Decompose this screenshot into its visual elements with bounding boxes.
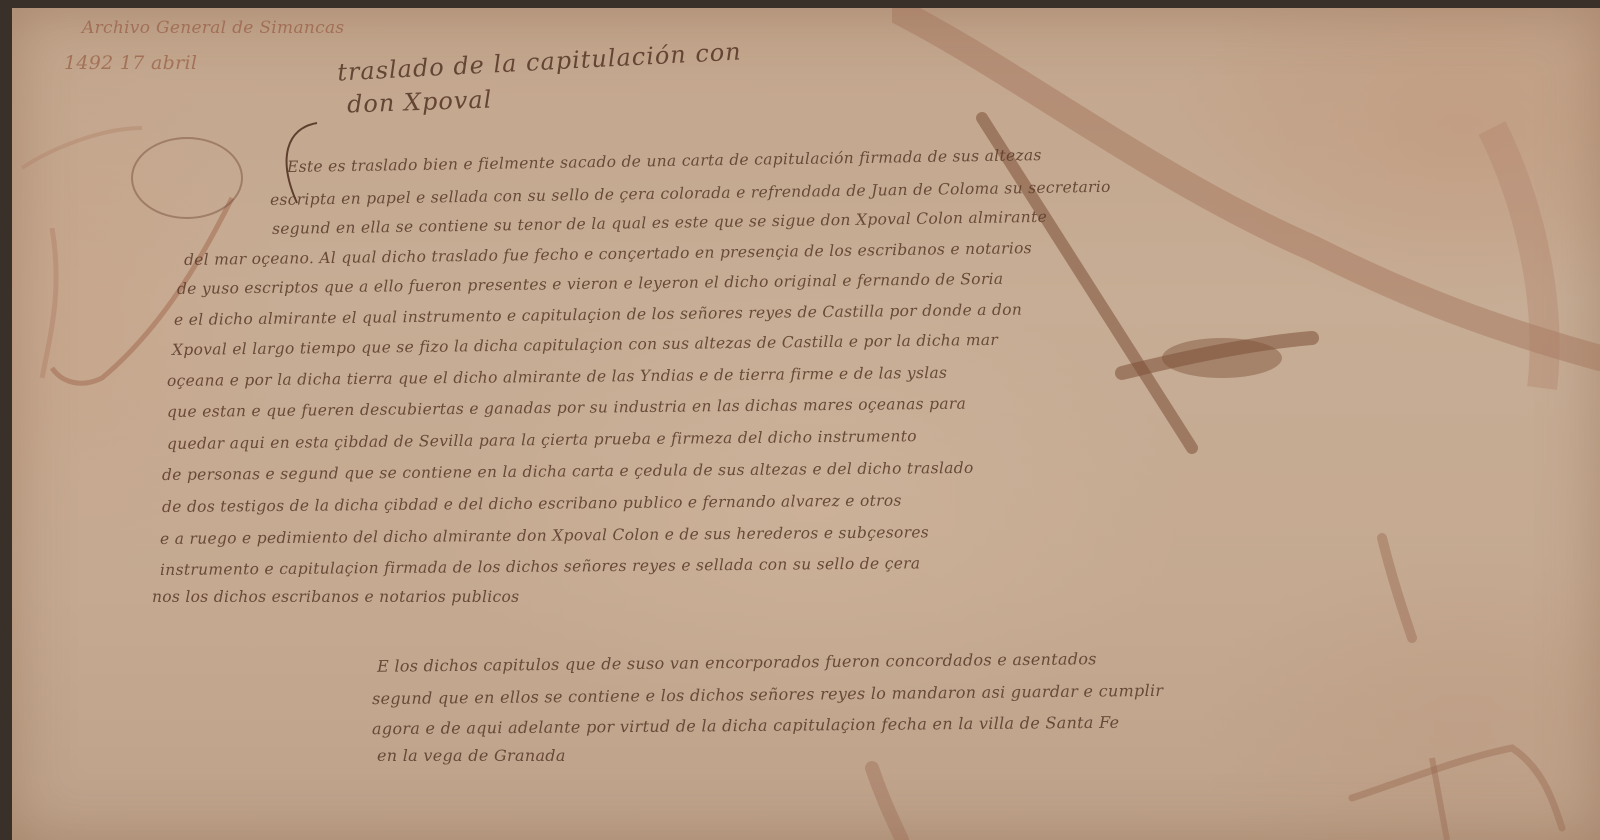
body-line-10: quedar aqui en esta çibdad de Sevilla pa… [167,427,917,453]
closing-line-3: agora e de aqui adelante por virtud de l… [372,713,1120,739]
body-line-15: nos los dichos escribanos e notarios pub… [152,588,519,606]
document-heading-line2: don Xpoval [347,85,493,118]
body-line-9: que estan e que fueren descubiertas e ga… [167,395,966,421]
diagonal-stain-upper-right [892,8,1600,508]
parchment-page: Archivo General de Simancas 1492 17 abri… [12,8,1600,840]
closing-line-4: en la vega de Granada [377,746,566,765]
body-line-1: Este es traslado bien e fielmente sacado… [287,146,1042,176]
closing-line-1: E los dichos capitulos que de suso van e… [377,649,1097,676]
document-heading-line1: traslado de la capitulación con [337,37,743,86]
archival-note-line1: Archivo General de Simancas [82,18,344,38]
body-line-2: escripta en papel e sellada con su sello… [270,178,1111,209]
body-line-3: segund en ella se contiene su tenor de l… [272,208,1047,238]
bottom-center-stain [832,758,952,840]
body-line-5: de yuso escriptos que a ello fueron pres… [177,270,1004,298]
body-line-8: oçeana e por la dicha tierra que el dich… [167,364,947,390]
archival-note-date: 1492 17 abril [64,52,197,74]
body-line-11: de personas e segund que se contiene en … [162,459,974,484]
body-line-13: e a ruego e pedimiento del dicho almiran… [160,523,929,548]
body-line-7: Xpoval el largo tiempo que se fizo la di… [172,331,998,359]
closing-line-2: segund que en ellos se contiene e los di… [372,681,1163,708]
body-line-12: de dos testigos de la dicha çibdad e del… [162,492,902,516]
body-line-6: e el dicho almirante el qual instrumento… [174,301,1022,329]
body-line-4: del mar oçeano. Al qual dicho traslado f… [184,239,1032,269]
body-line-14: instrumento e capitulaçion firmada de lo… [160,554,921,579]
lower-right-stain [1272,528,1600,840]
